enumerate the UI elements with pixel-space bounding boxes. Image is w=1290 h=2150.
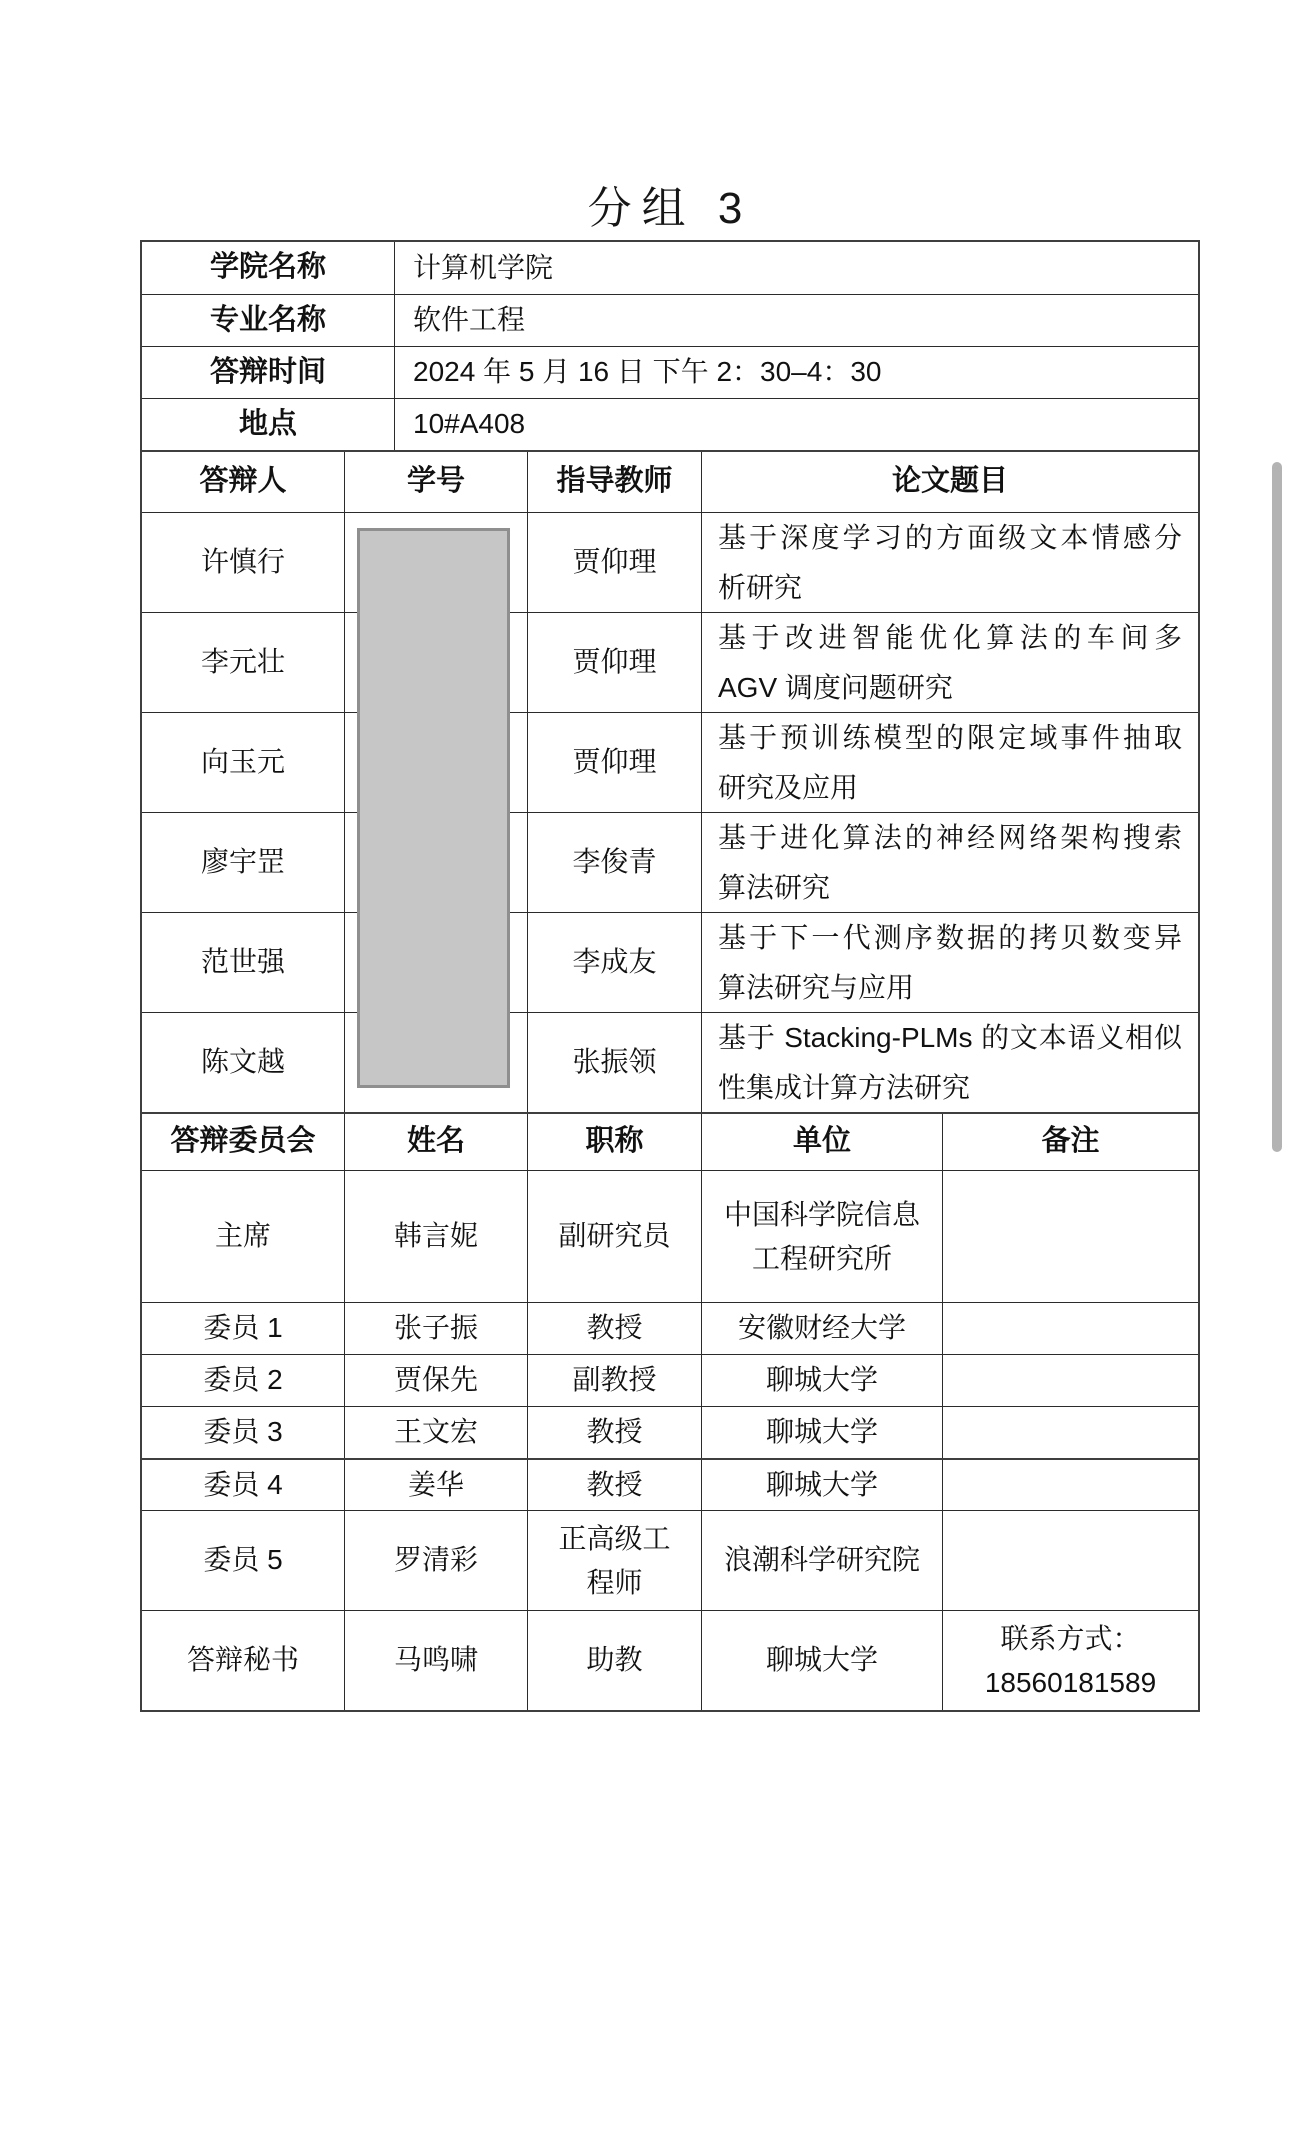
student-advisor: 张振领 — [527, 1013, 701, 1112]
thesis-title-line: AGV 调度问题研究 — [718, 663, 1182, 713]
committee-note — [942, 1511, 1198, 1610]
thesis-title-line: 算法研究 — [718, 863, 1182, 913]
student-advisor: 贾仰理 — [527, 713, 701, 812]
info-row-major: 专业名称 软件工程 — [142, 294, 1198, 346]
thesis-title: 基于预训练模型的限定域事件抽取 研究及应用 — [701, 713, 1198, 812]
table-row-student-1: 许慎行 贾仰理 基于深度学习的方面级文本情感分 析研究 — [142, 512, 1198, 612]
table-row-student-5: 范世强 李成友 基于下一代测序数据的拷贝数变异 算法研究与应用 — [142, 912, 1198, 1012]
committee-name: 张子振 — [344, 1303, 527, 1354]
info-label-major: 专业名称 — [142, 295, 394, 346]
organization-line: 工程研究所 — [752, 1237, 892, 1281]
committee-role: 委员 4 — [142, 1460, 344, 1510]
table-row-student-3: 向玉元 贾仰理 基于预训练模型的限定域事件抽取 研究及应用 — [142, 712, 1198, 812]
committee-role: 答辩秘书 — [142, 1611, 344, 1710]
info-value-location: 10#A408 — [394, 399, 1198, 450]
table-row-student-4: 廖宇罡 李俊青 基于进化算法的神经网络架构搜索 算法研究 — [142, 812, 1198, 912]
thesis-title-line: 研究及应用 — [718, 763, 1182, 813]
committee-organization: 聊城大学 — [701, 1355, 942, 1406]
info-label-college: 学院名称 — [142, 242, 394, 294]
note-line: 18560181589 — [985, 1661, 1156, 1705]
table-row-secretary: 答辩秘书 马鸣啸 助教 聊城大学 联系方式： 18560181589 — [142, 1610, 1198, 1710]
committee-note — [942, 1355, 1198, 1406]
student-name: 向玉元 — [142, 713, 344, 812]
page-title: 分组 3 — [140, 172, 1200, 236]
thesis-title-line: 基于 Stacking-PLMs 的文本语义相似 — [718, 1013, 1182, 1063]
committee-organization: 聊城大学 — [701, 1407, 942, 1458]
students-header-student-id: 学号 — [344, 452, 527, 512]
committee-note: 联系方式： 18560181589 — [942, 1611, 1198, 1710]
committee-note — [942, 1407, 1198, 1458]
committee-header-row: 答辩委员会 姓名 职称 单位 备注 — [142, 1112, 1198, 1170]
table-row-member-1: 委员 1 张子振 教授 安徽财经大学 — [142, 1302, 1198, 1354]
info-value-college: 计算机学院 — [394, 242, 1198, 294]
committee-title: 正高级工 程师 — [527, 1511, 701, 1610]
info-label-location: 地点 — [142, 399, 394, 450]
thesis-title-line: 算法研究与应用 — [718, 963, 1182, 1013]
students-header-row: 答辩人 学号 指导教师 论文题目 — [142, 450, 1198, 512]
committee-name: 马鸣啸 — [344, 1611, 527, 1710]
students-header-thesis: 论文题目 — [701, 452, 1198, 512]
document-page: 分组 3 学院名称 计算机学院 专业名称 软件工程 答辩时间 2024 年 5 … — [0, 0, 1290, 2150]
committee-title: 教授 — [527, 1303, 701, 1354]
title-line: 程师 — [586, 1561, 642, 1605]
table-row-student-6: 陈文越 张振领 基于 Stacking-PLMs 的文本语义相似 性集成计算方法… — [142, 1012, 1198, 1112]
student-advisor: 贾仰理 — [527, 513, 701, 612]
table-row-member-4: 委员 4 姜华 教授 聊城大学 — [142, 1458, 1198, 1510]
info-value-time: 2024 年 5 月 16 日 下午 2：30–4：30 — [394, 347, 1198, 398]
students-header-advisor: 指导教师 — [527, 452, 701, 512]
thesis-title-line: 性集成计算方法研究 — [718, 1063, 1182, 1113]
committee-title: 副教授 — [527, 1355, 701, 1406]
committee-organization: 安徽财经大学 — [701, 1303, 942, 1354]
student-name: 范世强 — [142, 913, 344, 1012]
thesis-title-line: 析研究 — [718, 563, 1182, 613]
committee-role: 委员 3 — [142, 1407, 344, 1458]
committee-note — [942, 1171, 1198, 1302]
committee-role: 委员 5 — [142, 1511, 344, 1610]
title-line: 正高级工 — [558, 1517, 670, 1561]
committee-header-note: 备注 — [942, 1114, 1198, 1170]
committee-title: 助教 — [527, 1611, 701, 1710]
committee-header-role: 答辩委员会 — [142, 1114, 344, 1170]
committee-note — [942, 1303, 1198, 1354]
vertical-scrollbar-thumb[interactable] — [1272, 462, 1282, 1152]
committee-note — [942, 1460, 1198, 1510]
committee-title: 教授 — [527, 1407, 701, 1458]
thesis-title-line: 基于深度学习的方面级文本情感分 — [718, 513, 1182, 563]
committee-name: 韩言妮 — [344, 1171, 527, 1302]
info-value-major: 软件工程 — [394, 295, 1198, 346]
student-name: 李元壮 — [142, 613, 344, 712]
student-advisor: 李俊青 — [527, 813, 701, 912]
table-row-student-2: 李元壮 贾仰理 基于改进智能优化算法的车间多 AGV 调度问题研究 — [142, 612, 1198, 712]
committee-header-name: 姓名 — [344, 1114, 527, 1170]
committee-role: 主席 — [142, 1171, 344, 1302]
committee-organization: 中国科学院信息 工程研究所 — [701, 1171, 942, 1302]
committee-name: 罗清彩 — [344, 1511, 527, 1610]
committee-organization: 浪潮科学研究院 — [701, 1511, 942, 1610]
committee-title: 教授 — [527, 1460, 701, 1510]
committee-name: 贾保先 — [344, 1355, 527, 1406]
thesis-title: 基于 Stacking-PLMs 的文本语义相似 性集成计算方法研究 — [701, 1013, 1198, 1112]
thesis-title-line: 基于预训练模型的限定域事件抽取 — [718, 713, 1182, 763]
committee-name: 姜华 — [344, 1460, 527, 1510]
student-id-redaction-box — [357, 528, 510, 1088]
student-name: 陈文越 — [142, 1013, 344, 1112]
defense-group-table: 学院名称 计算机学院 专业名称 软件工程 答辩时间 2024 年 5 月 16 … — [140, 240, 1200, 1712]
students-header-defender: 答辩人 — [142, 452, 344, 512]
info-row-location: 地点 10#A408 — [142, 398, 1198, 450]
thesis-title: 基于深度学习的方面级文本情感分 析研究 — [701, 513, 1198, 612]
student-advisor: 李成友 — [527, 913, 701, 1012]
thesis-title-line: 基于下一代测序数据的拷贝数变异 — [718, 913, 1182, 963]
table-row-member-3: 委员 3 王文宏 教授 聊城大学 — [142, 1406, 1198, 1458]
committee-header-organization: 单位 — [701, 1114, 942, 1170]
table-row-member-2: 委员 2 贾保先 副教授 聊城大学 — [142, 1354, 1198, 1406]
student-name: 许慎行 — [142, 513, 344, 612]
committee-organization: 聊城大学 — [701, 1460, 942, 1510]
note-line: 联系方式： — [1000, 1617, 1140, 1661]
committee-role: 委员 1 — [142, 1303, 344, 1354]
student-advisor: 贾仰理 — [527, 613, 701, 712]
committee-title: 副研究员 — [527, 1171, 701, 1302]
thesis-title: 基于下一代测序数据的拷贝数变异 算法研究与应用 — [701, 913, 1198, 1012]
thesis-title-line: 基于改进智能优化算法的车间多 — [718, 613, 1182, 663]
info-row-time: 答辩时间 2024 年 5 月 16 日 下午 2：30–4：30 — [142, 346, 1198, 398]
info-label-time: 答辩时间 — [142, 347, 394, 398]
thesis-title: 基于进化算法的神经网络架构搜索 算法研究 — [701, 813, 1198, 912]
thesis-title-line: 基于进化算法的神经网络架构搜索 — [718, 813, 1182, 863]
student-name: 廖宇罡 — [142, 813, 344, 912]
table-row-chair: 主席 韩言妮 副研究员 中国科学院信息 工程研究所 — [142, 1170, 1198, 1302]
committee-organization: 聊城大学 — [701, 1611, 942, 1710]
info-row-college: 学院名称 计算机学院 — [142, 242, 1198, 294]
committee-name: 王文宏 — [344, 1407, 527, 1458]
organization-line: 中国科学院信息 — [724, 1193, 920, 1237]
table-row-member-5: 委员 5 罗清彩 正高级工 程师 浪潮科学研究院 — [142, 1510, 1198, 1610]
thesis-title: 基于改进智能优化算法的车间多 AGV 调度问题研究 — [701, 613, 1198, 712]
committee-role: 委员 2 — [142, 1355, 344, 1406]
committee-header-title: 职称 — [527, 1114, 701, 1170]
